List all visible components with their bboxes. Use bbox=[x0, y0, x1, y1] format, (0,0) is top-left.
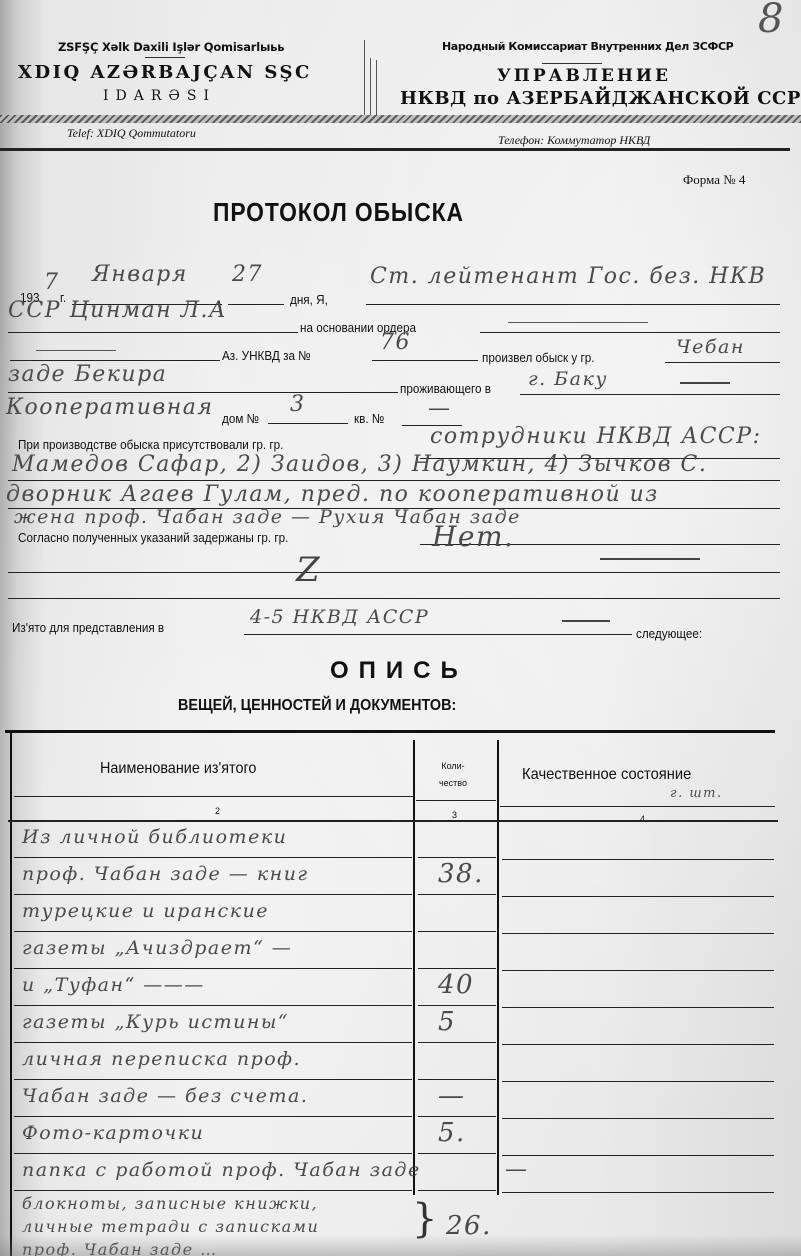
dash-mark bbox=[600, 558, 700, 560]
dash-mark bbox=[36, 350, 116, 351]
table-top-border bbox=[5, 730, 775, 733]
table-row-condition: — bbox=[505, 1157, 529, 1182]
underline bbox=[372, 360, 478, 361]
present-handwritten-1: сотрудники НКВД АССР: bbox=[430, 424, 761, 449]
row-rule bbox=[14, 1190, 412, 1191]
header-bottom-rule bbox=[8, 820, 778, 822]
form-number: Форма № 4 bbox=[683, 172, 745, 188]
present-handwritten-2: Мамедов Сафар, 2) Заидов, 3) Наумкин, 4)… bbox=[12, 452, 707, 477]
z-strike-mark: Z bbox=[296, 550, 321, 590]
seized-label: Из'ято для представления в bbox=[12, 620, 164, 635]
header-rule bbox=[500, 806, 775, 807]
page-bottom-edge bbox=[0, 1235, 801, 1256]
row-rule bbox=[418, 931, 496, 932]
house-label: дом № bbox=[222, 411, 259, 426]
row-rule bbox=[502, 1192, 774, 1193]
apt-handwritten: — bbox=[428, 396, 452, 421]
residing-label: проживающего в bbox=[400, 381, 491, 396]
month-handwritten: Января bbox=[92, 262, 188, 287]
day-label: дня, Я, bbox=[290, 292, 328, 307]
table-row-item: блокноты, записные книжки, bbox=[22, 1194, 318, 1213]
table-row-item: газеты „Курь истины“ bbox=[22, 1011, 289, 1033]
row-rule bbox=[502, 970, 774, 971]
row-rule bbox=[14, 1079, 412, 1080]
row-rule bbox=[418, 1190, 496, 1191]
letterhead-divider bbox=[376, 60, 377, 115]
row-rule bbox=[418, 1005, 496, 1006]
letterhead-divider bbox=[370, 58, 371, 115]
underline bbox=[244, 634, 632, 635]
table-row-item: газеты „Ачиздрает“ — bbox=[22, 937, 292, 959]
underline bbox=[366, 304, 780, 305]
present-handwritten-3: дворник Агаев Гулам, пред. по кооператив… bbox=[6, 482, 659, 507]
letterhead-bottom-rule bbox=[0, 148, 790, 151]
letterhead-right-rule bbox=[542, 63, 602, 64]
row-rule bbox=[502, 896, 774, 897]
table-col-divider bbox=[413, 740, 415, 1195]
table-row-item: Из личной библиотеки bbox=[22, 826, 287, 848]
corner-page-mark: 8 bbox=[758, 0, 785, 42]
row-rule bbox=[502, 1044, 774, 1045]
officer-handwritten-1: Ст. лейтенант Гос. без. НКВ bbox=[370, 264, 766, 289]
underline bbox=[228, 304, 284, 305]
letterhead-right-top: Народный Комиссариат Внутренних Дел ЗСФС… bbox=[442, 40, 733, 53]
row-rule bbox=[14, 857, 412, 858]
letterhead-phone-left: Telef: XDIQ Qommutatoru bbox=[67, 126, 196, 141]
document-title: ПРОТОКОЛ ОБЫСКА bbox=[213, 197, 464, 228]
column-header-item: Наименование из'ятого bbox=[100, 760, 256, 778]
search-protocol-page: ZSFŞÇ Xəlk Daxili Işlər Qomisarlыьь XDIQ… bbox=[0, 0, 801, 1256]
table-left-border bbox=[10, 733, 12, 1256]
seized-to-handwritten: 4-5 НКВД АССР bbox=[250, 606, 429, 628]
row-rule bbox=[14, 1153, 412, 1154]
row-rule bbox=[418, 968, 496, 969]
row-rule bbox=[14, 894, 412, 895]
table-row-item: турецкие и иранские bbox=[22, 900, 269, 922]
inventory-title: ОПИСЬ bbox=[330, 657, 468, 685]
column-header-qty-line1: Коли- bbox=[438, 758, 468, 775]
underline bbox=[10, 360, 220, 361]
table-row-qty: 5 bbox=[438, 1007, 456, 1037]
table-row-qty: 38. bbox=[438, 859, 484, 889]
apt-label: кв. № bbox=[354, 411, 384, 426]
table-row-qty: 40 bbox=[438, 970, 474, 1000]
warrant-label: Аз. УНКВД за № bbox=[222, 348, 311, 363]
city-handwritten: г. Баку bbox=[528, 368, 608, 390]
column-number-3: 3 bbox=[452, 810, 457, 820]
table-row-item: личные тетради с записками bbox=[22, 1217, 319, 1236]
warrant-number-handwritten: 76 bbox=[380, 330, 411, 355]
search-label: произвел обыск у гр. bbox=[482, 350, 595, 365]
table-row-item: Фото-карточки bbox=[22, 1122, 204, 1144]
underline bbox=[8, 392, 398, 393]
column-number-4: 4 bbox=[640, 814, 645, 824]
row-rule bbox=[502, 1081, 774, 1082]
underline bbox=[520, 394, 780, 395]
row-rule bbox=[14, 968, 412, 969]
day-handwritten: 27 bbox=[232, 262, 263, 287]
table-col-divider bbox=[497, 740, 499, 1195]
underline bbox=[665, 362, 780, 363]
row-rule bbox=[418, 1079, 496, 1080]
inventory-subtitle: ВЕЩЕЙ, ЦЕННОСТЕЙ И ДОКУМЕНТОВ: bbox=[178, 697, 456, 715]
following-label: следующее: bbox=[636, 626, 702, 641]
dash-mark bbox=[680, 382, 730, 384]
row-rule bbox=[502, 933, 774, 934]
header-rule bbox=[416, 800, 496, 801]
underline bbox=[8, 598, 780, 599]
letterhead-phone-right: Телефон: Коммутатор НКВД bbox=[498, 133, 650, 148]
officer-handwritten-2: ССР Цинман Л.А bbox=[8, 298, 227, 323]
underline bbox=[480, 332, 780, 333]
row-rule bbox=[502, 859, 774, 860]
letterhead-divider bbox=[364, 40, 365, 115]
year-handwritten: 7 bbox=[44, 270, 60, 295]
row-rule bbox=[502, 1155, 774, 1156]
row-rule bbox=[502, 1118, 774, 1119]
suspect-handwritten-2: заде Бекира bbox=[8, 362, 167, 387]
table-row-qty: — bbox=[438, 1081, 466, 1111]
detained-handwritten: Нет. bbox=[432, 520, 514, 553]
column-header-qty: Коли- чество bbox=[438, 758, 468, 792]
letterhead-left-sub: IDARƏSI bbox=[103, 88, 216, 104]
street-handwritten: Кооперативная bbox=[6, 395, 213, 420]
letterhead-right-sub: НКВД по АЗЕРБАЙДЖАНСКОЙ ССР bbox=[400, 88, 801, 109]
column-header-qty-line2: чество bbox=[438, 775, 468, 792]
underline bbox=[268, 423, 348, 424]
underline bbox=[8, 480, 780, 481]
present-label: При производстве обыска присутствовали г… bbox=[18, 437, 283, 452]
column-header-condition: Качественное состояние bbox=[522, 766, 691, 784]
letterhead-left-top: ZSFŞÇ Xəlk Daxili Işlər Qomisarlыьь bbox=[58, 40, 284, 54]
letterhead-ornament bbox=[0, 115, 801, 123]
row-rule bbox=[418, 857, 496, 858]
dash-mark bbox=[508, 322, 648, 323]
row-rule bbox=[418, 1042, 496, 1043]
condition-note-handwritten: г. шт. bbox=[670, 786, 723, 801]
header-rule bbox=[14, 796, 414, 797]
letterhead-left-rule bbox=[145, 57, 185, 58]
row-rule bbox=[502, 1007, 774, 1008]
table-row-item: проф. Чабан заде — книг bbox=[22, 863, 309, 885]
row-rule bbox=[14, 1116, 412, 1117]
table-row-item: личная переписка проф. bbox=[22, 1048, 301, 1070]
suspect-handwritten-1: Чебан bbox=[676, 336, 745, 358]
house-handwritten: 3 bbox=[290, 392, 306, 417]
row-rule bbox=[14, 931, 412, 932]
table-row-item: и „Туфан“ ——— bbox=[22, 974, 205, 996]
row-rule bbox=[14, 1005, 412, 1006]
row-rule bbox=[418, 894, 496, 895]
column-number-2: 2 bbox=[215, 806, 220, 816]
table-row-item: папка с работой проф. Чабан заде bbox=[22, 1159, 421, 1181]
row-rule bbox=[14, 1042, 412, 1043]
table-row-qty: 5. bbox=[438, 1118, 466, 1148]
underline bbox=[8, 572, 780, 573]
table-row-item: Чабан заде — без счета. bbox=[22, 1085, 308, 1107]
row-rule bbox=[418, 1153, 496, 1154]
underline bbox=[8, 332, 298, 333]
letterhead-right-main: УПРАВЛЕНИЕ bbox=[497, 66, 671, 86]
detained-label: Согласно полученных указаний задержаны г… bbox=[18, 530, 288, 545]
letterhead-left-main: XDIQ AZƏRBAJÇAN SŞC bbox=[18, 62, 312, 83]
dash-mark bbox=[562, 620, 610, 622]
row-rule bbox=[418, 1116, 496, 1117]
